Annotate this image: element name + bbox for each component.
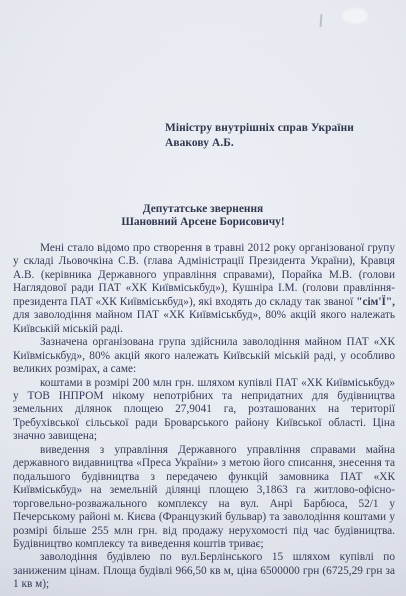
paragraph-berlinskogo-building: заволодіння будівлею по вул.Берлінського…	[13, 551, 395, 591]
paragraph-intro-text: Мені стало відомо про створення в травні…	[13, 242, 395, 308]
scan-artifact-mark	[320, 14, 323, 27]
letter-body: Мені стало відомо про створення в травні…	[13, 242, 395, 592]
scan-artifact-highlight	[342, 8, 368, 24]
scanned-letter-page: Міністру внутрішніх справ України Аваков…	[0, 0, 406, 596]
paragraph-intro-bold-family: "сім'Ї",	[356, 296, 395, 308]
recipient-line-1: Міністру внутрішніх справ України	[165, 121, 395, 136]
letter-heading: Депутатське звернення Шановний Арсене Бо…	[0, 203, 406, 229]
recipient-line-2: Авакову А.Б.	[165, 136, 395, 151]
paragraph-presa-ukrainy: виведення з управління Державного управл…	[13, 444, 395, 552]
recipient-block: Міністру внутрішніх справ України Аваков…	[165, 121, 395, 151]
paragraph-intro: Мені стало відомо про створення в травні…	[13, 242, 395, 336]
paragraph-allegation-summary: Зазначена організована група здійснила з…	[13, 336, 395, 376]
paragraph-intro-tail: для заволодіння майном ПАТ «ХК Київміськ…	[13, 309, 395, 334]
paragraph-land-purchase: коштами в розмірі 200 млн грн. шляхом ку…	[13, 377, 395, 444]
heading-type: Депутатське звернення	[0, 203, 406, 216]
heading-salutation: Шановний Арсене Борисовичу!	[0, 216, 406, 229]
